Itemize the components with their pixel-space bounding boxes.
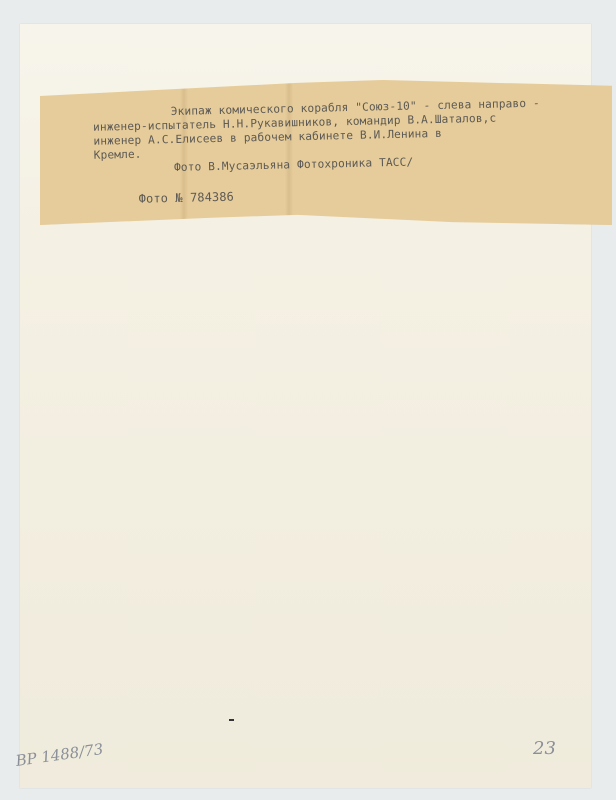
photo-number: Фото № 784386 [139,190,235,206]
caption-line: Кремле. [94,148,142,163]
photo-credit: Фото В.Мусаэльяна Фотохроника ТАСС/ [174,156,414,175]
caption-text: Экипаж комического корабля "Союз-10" - с… [40,67,615,225]
handwritten-page-number: 23 [533,738,556,759]
ink-mark [229,719,234,721]
